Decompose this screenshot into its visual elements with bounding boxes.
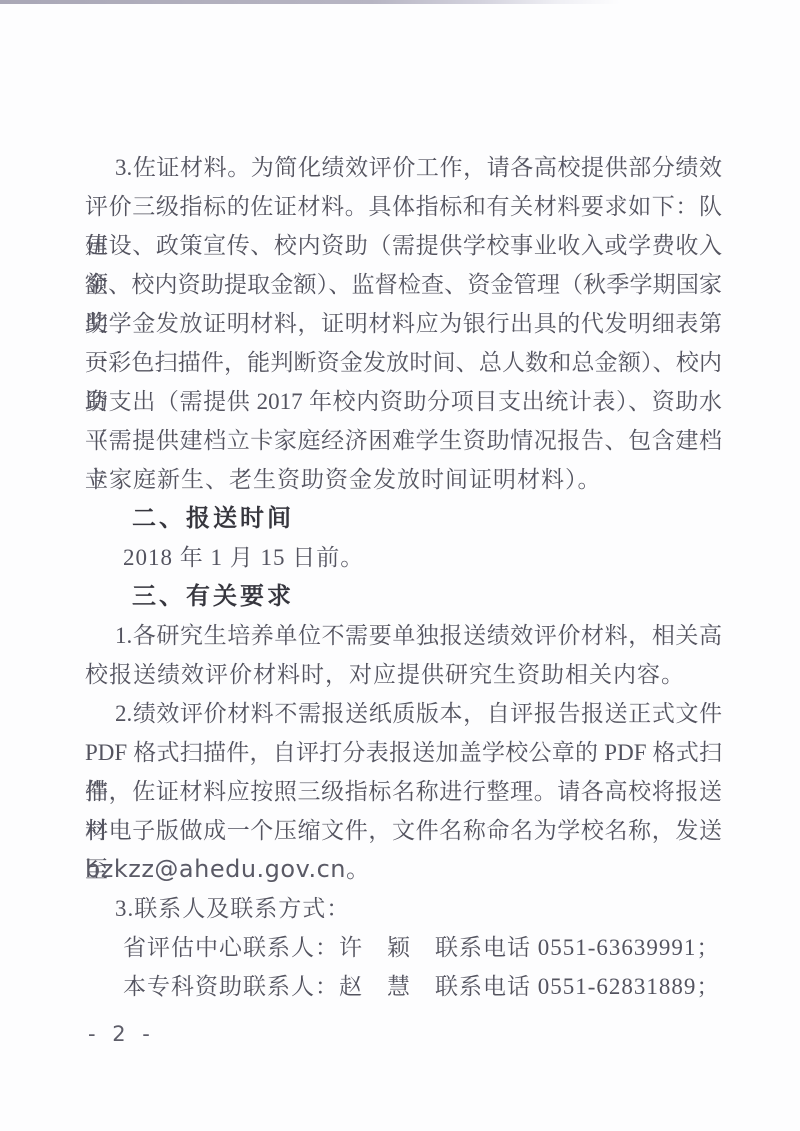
text-line: 助支出（需提供 2017 年校内资助分项目支出统计表）、资助水平 <box>85 382 722 421</box>
text-line: 料电子版做成一个压缩文件，文件名称命名为学校名称，发送至 <box>85 811 722 850</box>
section-heading: 三、有关要求 <box>85 577 722 616</box>
scan-edge-artifact <box>0 0 620 4</box>
text-line: 2.绩效评价材料不需报送纸质版本，自评报告报送正式文件 <box>85 694 722 733</box>
text-line: 本专科资助联系人：赵 慧 联系电话 0551-62831889； <box>85 967 722 1006</box>
text-line: 校报送绩效评价材料时，对应提供研究生资助相关内容。 <box>85 655 722 694</box>
text-line: 3.联系人及联系方式： <box>85 889 722 928</box>
page-number: - 2 - <box>88 1021 155 1047</box>
document-body: 3.佐证材料。为简化绩效评价工作，请各高校提供部分绩效评价三级指标的佐证材料。具… <box>85 148 722 1006</box>
text-line: 2018 年 1 月 15 日前。 <box>85 538 722 577</box>
text-line: 建设、政策宣传、校内资助（需提供学校事业收入或学费收入金 <box>85 226 722 265</box>
text-line: bzkzz@ahedu.gov.cn。 <box>85 850 722 889</box>
text-line: 助学金发放证明材料，证明材料应为银行出具的代发明细表第一 <box>85 304 722 343</box>
text-line: 1.各研究生培养单位不需要单独报送绩效评价材料，相关高 <box>85 616 722 655</box>
section-heading: 二、报送时间 <box>85 499 722 538</box>
text-line: 省评估中心联系人：许 颖 联系电话 0551-63639991； <box>85 928 722 967</box>
text-line: 页彩色扫描件，能判断资金发放时间、总人数和总金额）、校内资 <box>85 343 722 382</box>
text-line: 评价三级指标的佐证材料。具体指标和有关材料要求如下：队伍 <box>85 187 722 226</box>
text-line: 额、校内资助提取金额）、监督检查、资金管理（秋季学期国家奖 <box>85 265 722 304</box>
text-line: （需提供建档立卡家庭经济困难学生资助情况报告、包含建档立 <box>85 421 722 460</box>
text-line: PDF 格式扫描件，自评打分表报送加盖学校公章的 PDF 格式扫描 <box>85 733 722 772</box>
text-line: 卡家庭新生、老生资助资金发放时间证明材料）。 <box>85 460 722 499</box>
text-line: 3.佐证材料。为简化绩效评价工作，请各高校提供部分绩效 <box>85 148 722 187</box>
scanned-document-page: 3.佐证材料。为简化绩效评价工作，请各高校提供部分绩效评价三级指标的佐证材料。具… <box>0 0 800 1131</box>
text-line: 件，佐证材料应按照三级指标名称进行整理。请各高校将报送材 <box>85 772 722 811</box>
